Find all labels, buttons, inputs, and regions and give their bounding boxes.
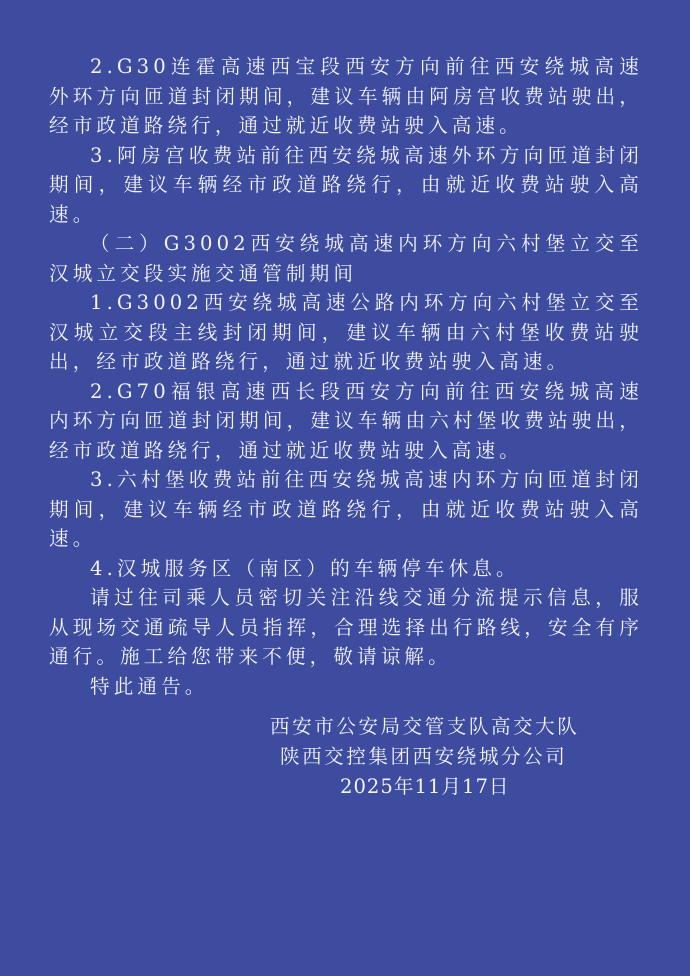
paragraph-afanggong-ramp: 3.阿房宫收费站前往西安绕城高速外环方向匝道封闭期间，建议车辆经市政道路绕行，由… (49, 141, 643, 230)
signature-date: 2025年11月17日 (340, 772, 510, 802)
paragraph-service-area: 4.汉城服务区（南区）的车辆停车休息。 (49, 554, 643, 584)
paragraph-liucunbao-ramp: 3.六村堡收费站前往西安绕城高速内环方向匝道封闭期间，建议车辆经市政道路绕行，由… (49, 465, 643, 554)
signature-org-company: 陕西交控集团西安绕城分公司 (280, 742, 567, 772)
paragraph-g70-ramp: 2.G70福银高速西长段西安方向前往西安绕城高速内环方向匝道封闭期间，建议车辆由… (49, 377, 643, 466)
paragraph-closing: 特此通告。 (49, 672, 643, 702)
section-heading-inner-ring: （二）G3002西安绕城高速内环方向六村堡立交至汉城立交段实施交通管制期间 (49, 229, 643, 288)
paragraph-g30-ramp: 2.G30连霍高速西宝段西安方向前往西安绕城高速外环方向匝道封闭期间，建议车辆由… (49, 52, 643, 141)
signature-org-police: 西安市公安局交管支队高交大队 (270, 712, 579, 742)
paragraph-g3002-mainline: 1.G3002西安绕城高速公路内环方向六村堡立交至汉城立交段主线封闭期间，建议车… (49, 288, 643, 377)
paragraph-advisory: 请过往司乘人员密切关注沿线交通分流提示信息，服从现场交通疏导人员指挥，合理选择出… (49, 583, 643, 672)
notice-page: 2.G30连霍高速西宝段西安方向前往西安绕城高速外环方向匝道封闭期间，建议车辆由… (0, 0, 690, 976)
notice-body: 2.G30连霍高速西宝段西安方向前往西安绕城高速外环方向匝道封闭期间，建议车辆由… (49, 52, 643, 701)
